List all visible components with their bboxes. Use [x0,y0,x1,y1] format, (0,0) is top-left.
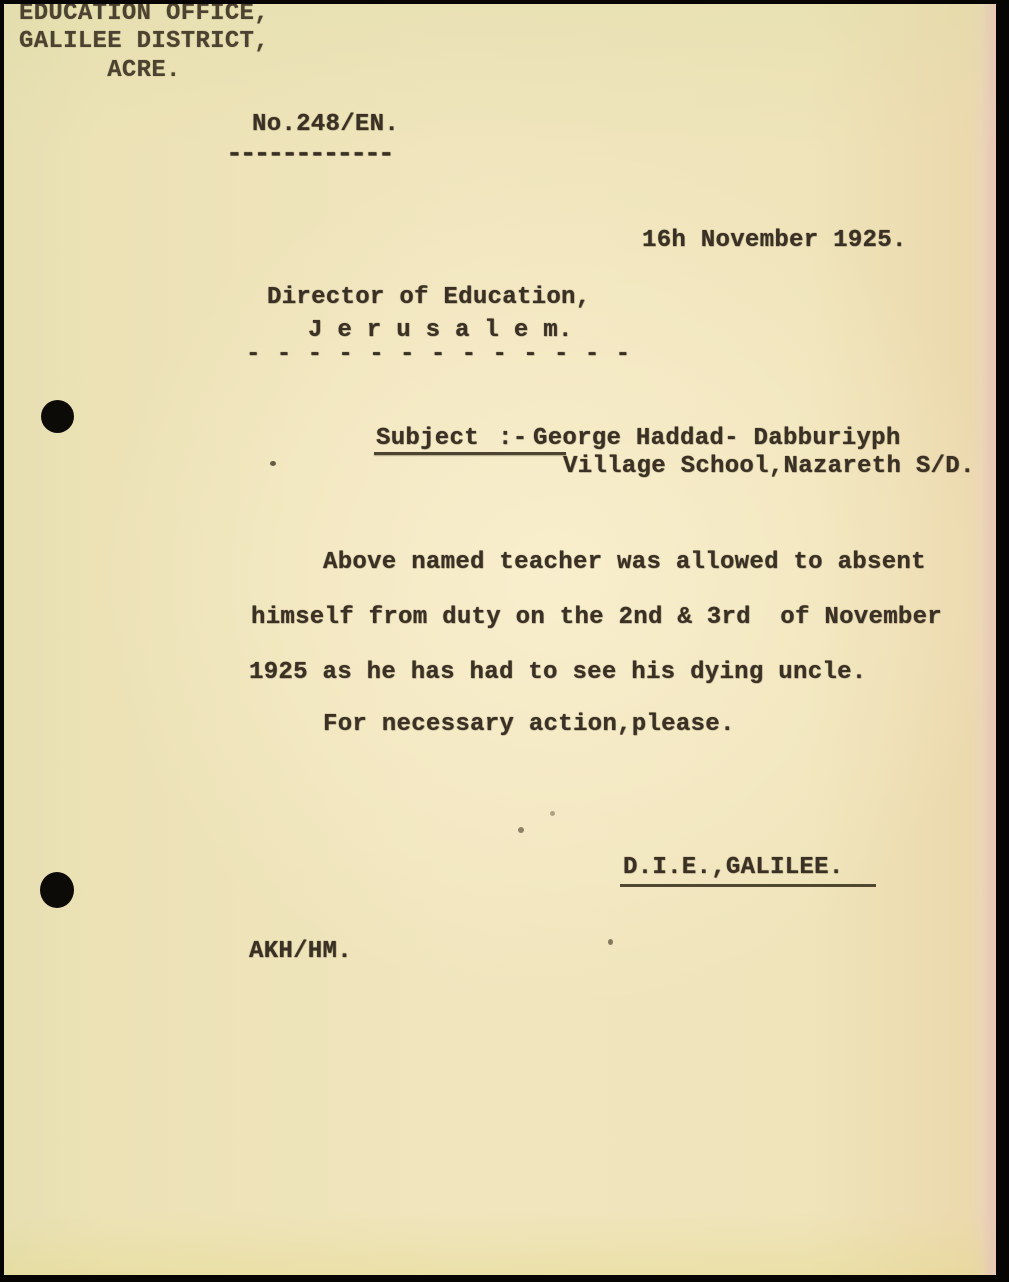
subject-separator: :- [498,425,527,453]
recipient-title-line: Director of Education, [267,284,590,312]
signature-line: D.I.E.,GALILEE. [623,854,844,882]
typist-initials: AKH/HM. [249,938,352,966]
body-line: Above named teacher was allowed to absen… [323,549,926,577]
date-line: 16h November 1925. [642,227,907,255]
scan-edge-top [0,0,1009,4]
recipient-underline-rule: - - - - - - - - - - - - - [246,341,631,369]
page-edge-tint [982,0,996,1282]
subject-underline-rule [374,452,566,455]
body-line: 1925 as he has had to see his dying uncl… [249,659,867,687]
body-line: For necessary action,please. [323,711,735,739]
letterhead-office-line: EDUCATION OFFICE, [0,0,288,28]
paper-speck [550,811,555,816]
punch-hole-top [41,400,74,433]
scan-edge-right [996,0,1009,1282]
paper-speck [518,827,524,833]
reference-number: No.248/EN. [252,111,399,139]
paper-speck [608,939,613,945]
letterhead-district-line: GALILEE DISTRICT, [0,28,288,56]
reference-underline-rule: ------------ [226,138,392,171]
scan-edge-left [0,0,4,1282]
signature-underline-rule [620,884,876,887]
subject-label: Subject [376,425,479,453]
paper-speck [270,461,276,466]
scan-edge-bottom [0,1275,1009,1282]
letterhead-city-line: ACRE. [0,57,288,85]
scanned-letter-page: No.248/EN. ------------ EDUCATION OFFICE… [0,0,1009,1282]
subject-text-line1: George Haddad- Dabburiyph [533,425,901,453]
body-line: himself from duty on the 2nd & 3rd of No… [251,604,942,632]
letterhead: EDUCATION OFFICE, GALILEE DISTRICT, ACRE… [0,0,288,85]
punch-hole-bottom [40,872,74,908]
subject-text-line2: Village School,Nazareth S/D. [563,453,975,481]
